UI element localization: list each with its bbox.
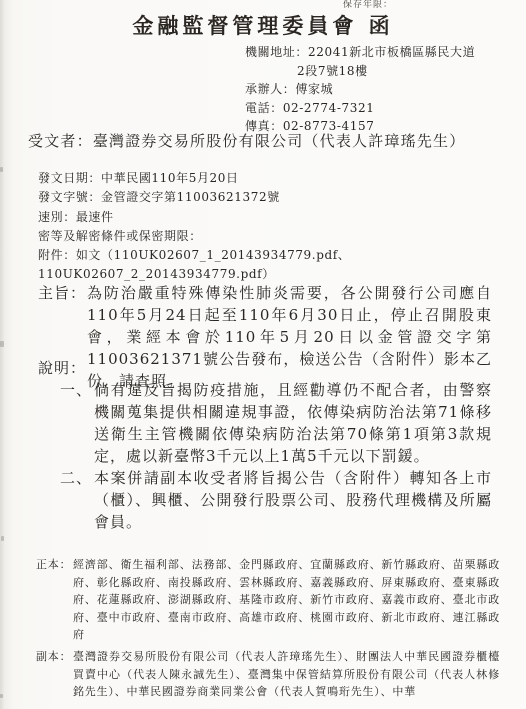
security-line: 密等及解密條件或保密期限： [38,227,508,246]
original-recipients-list: 經濟部、衛生福利部、法務部、金門縣政府、宜蘭縣政府、新竹縣政府、苗栗縣政府、彰化… [73,556,500,644]
contact-name: 傅家城 [295,82,333,96]
agency-address-line2: 2段7號18樓 [245,62,475,81]
agency-address-line1: 機關地址：22041新北市板橋區縣民大道 [245,43,475,62]
explanation-item-1-number: 一、 [60,379,94,467]
cc-recipients-label: 副本： [36,648,73,701]
explanation-item-1-text: 倘有違反旨揭防疫措施，且經勸導仍不配合者，由警察機關蒐集提供相關違規事證，依傳染… [94,379,492,467]
issue-date-value: 中華民國110年5月20日 [101,171,239,185]
attachment-line: 附件：如文（110UK02607_1_20143934779.pdf、110UK… [38,246,508,285]
document-meta-fields: 發文日期：中華民國110年5月20日 發文字號：金管證交字第1100362137… [38,169,508,285]
phone-label: 電話： [245,101,283,115]
document-title: 金融監督管理委員會 函 [0,10,526,40]
doc-number-label: 發文字號： [38,190,101,204]
explanation-item-2-number: 二、 [60,467,94,533]
agency-address-label: 機關地址： [245,45,308,59]
phone-number: 02-2774-7321 [283,101,375,115]
scan-artifact [0,167,3,172]
recipient-label: 受文者： [28,132,93,150]
agency-info: 機關地址：22041新北市板橋區縣民大道 2段7號18樓 承辦人：傅家城 電話：… [245,43,475,136]
contact-line: 承辦人：傅家城 [245,80,475,99]
recipient-value: 臺灣證券交易所股份有限公司（代表人許璋瑤先生） [93,132,466,150]
explanation-item-1: 一、 倘有違反旨揭防疫措施，且經勸導仍不配合者，由警察機關蒐集提供相關違規事證，… [60,379,492,467]
issue-date-line: 發文日期：中華民國110年5月20日 [38,169,508,188]
distribution-block: 正本： 經濟部、衛生福利部、法務部、金門縣政府、宜蘭縣政府、新竹縣政府、苗栗縣政… [36,556,500,701]
explanation-block: 說明： 一、 倘有違反旨揭防疫措施，且經勸導仍不配合者，由警察機關蒐集提供相關違… [38,357,492,533]
cc-recipients-row: 副本： 臺灣證券交易所股份有限公司（代表人許璋瑤先生）、財團法人中華民國證券櫃檯… [36,648,500,701]
phone-line: 電話：02-2774-7321 [245,99,475,118]
explanation-item-2: 二、 本案併請副本收受者將旨揭公告（含附件）轉知各上市（櫃）、興櫃、公開發行股票… [60,467,492,533]
explanation-item-2-text: 本案併請副本收受者將旨揭公告（含附件）轉知各上市（櫃）、興櫃、公開發行股票公司、… [94,467,492,533]
agency-address-value: 22041新北市板橋區縣民大道 [308,45,475,59]
scan-artifact [0,694,3,698]
cc-recipients-list: 臺灣證券交易所股份有限公司（代表人許璋瑤先生）、財團法人中華民國證券櫃檯買賣中心… [73,648,500,701]
attachment-value: 如文（110UK02607_1_20143934779.pdf、110UK026… [38,248,350,281]
doc-number-line: 發文字號：金管證交字第11003621372號 [38,188,508,207]
original-recipients-row: 正本： 經濟部、衛生福利部、法務部、金門縣政府、宜蘭縣政府、新竹縣政府、苗栗縣政… [36,556,500,644]
recipient-line: 受文者：臺灣證券交易所股份有限公司（代表人許璋瑤先生） [28,130,508,151]
attachment-label: 附件： [38,248,76,262]
contact-label: 承辦人： [245,82,295,96]
issue-date-label: 發文日期： [38,171,101,185]
priority-line: 速別：最速件 [38,208,508,227]
priority-label: 速別： [38,210,76,224]
explanation-label: 說明： [38,357,492,379]
retention-label: 保存年限： [343,0,393,10]
priority-value: 最速件 [76,210,114,224]
original-recipients-label: 正本： [36,556,73,644]
security-label: 密等及解密條件或保密期限： [38,229,202,243]
scan-artifact [0,341,4,347]
scan-artifact [1,536,4,541]
document-page: 保存年限： 金融監督管理委員會 函 機關地址：22041新北市板橋區縣民大道 2… [0,0,526,709]
doc-number-value: 金管證交字第11003621372號 [101,190,280,204]
